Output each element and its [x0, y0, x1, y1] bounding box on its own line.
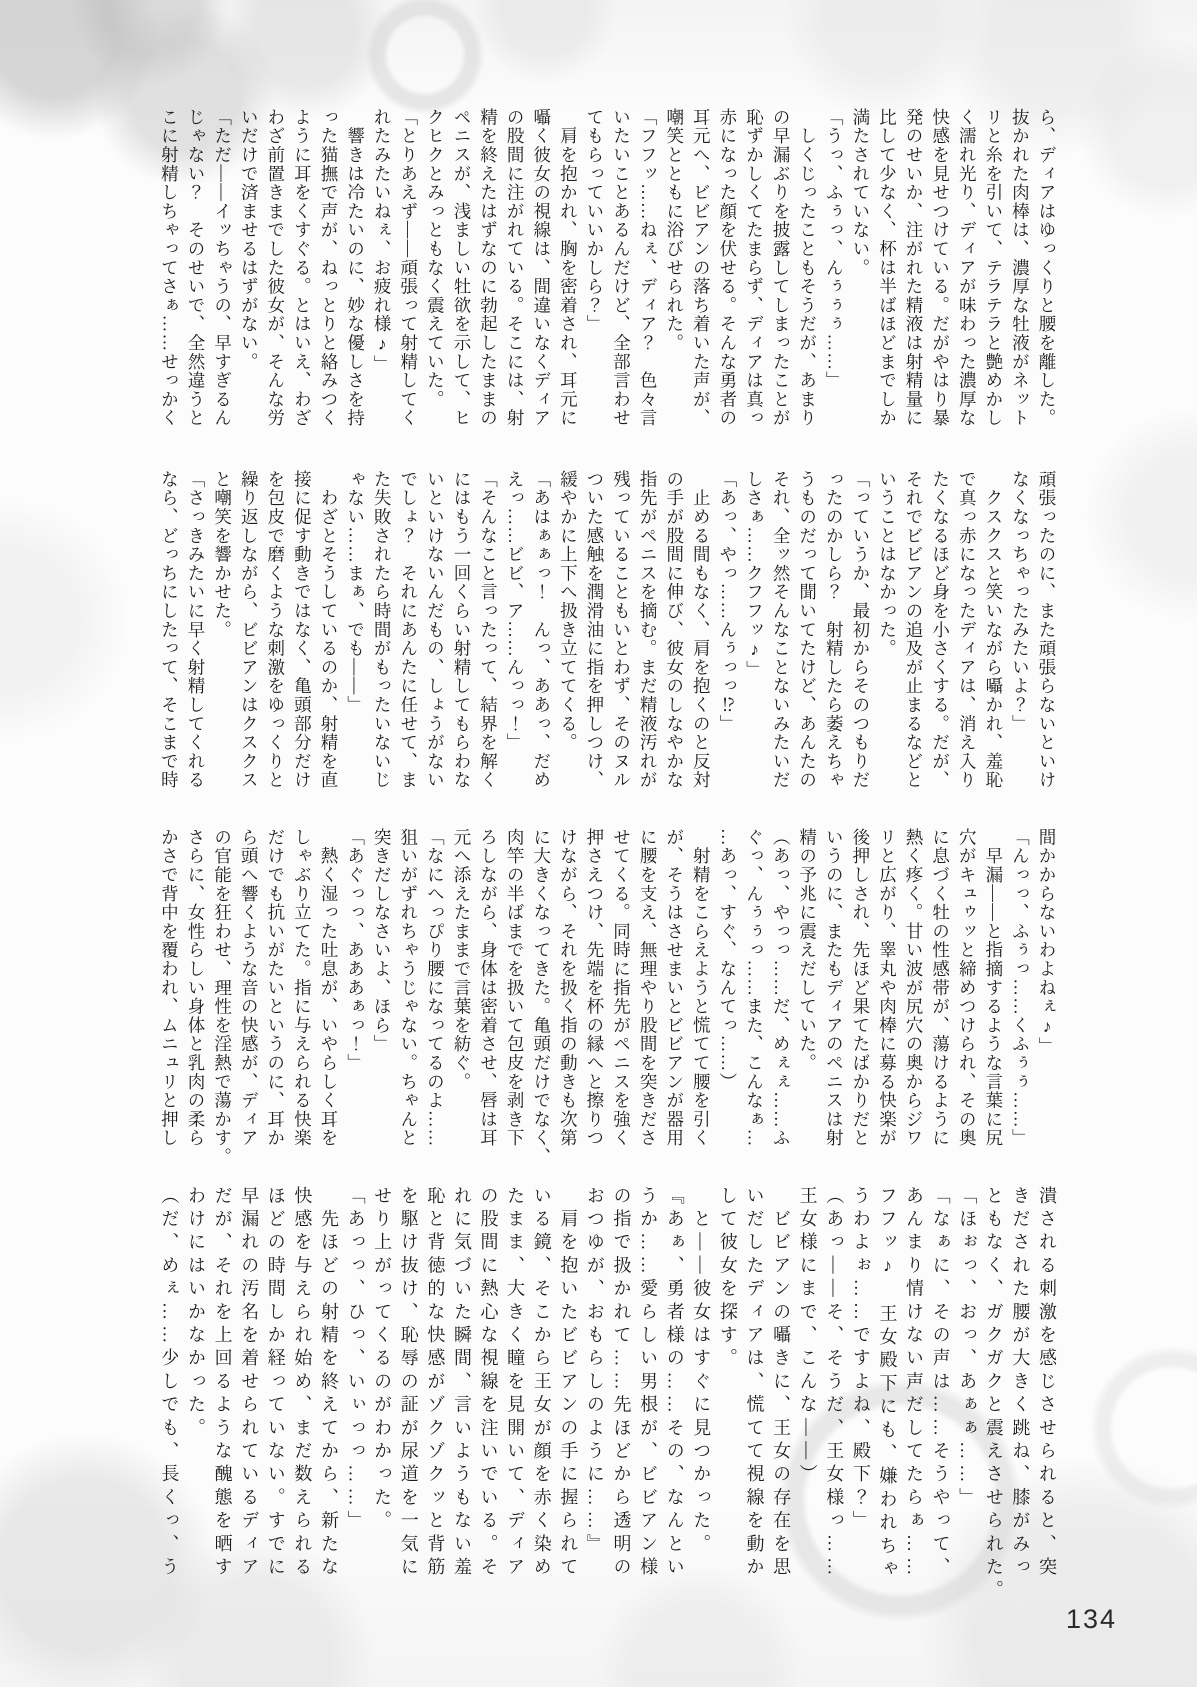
text-column: 突きだしなさいよ、ほら」 [369, 828, 396, 1190]
text-column: 「んっっ、ふぅっ……くふぅぅ……」 [1007, 828, 1034, 1190]
text-column: 熱く疼く。甘い波が尻穴の奥からジワ [900, 828, 927, 1190]
text-column: 恥ずかしくてたまらず、ディアは真っ [741, 108, 768, 470]
text-column: いたいことあるんだけど、全部言わせ [608, 108, 635, 470]
text-column: さらに、女性らしい身体と乳肉の柔ら [182, 828, 209, 1190]
text-column: れたみたいねぇ、お疲れ様♪」 [369, 108, 396, 470]
text-column: …あっ、すぐ、なんてっ……） [714, 828, 741, 1190]
text-column: 「っていうか、最初からそのつもりだ [847, 470, 874, 832]
text-column: 赤になった顔を伏せる。そんな勇者の [714, 108, 741, 470]
text-column: けながら、それを扱く指の動きも次第 [555, 828, 582, 1190]
text-column: 「ただ――イッちゃうの、早すぎるん [209, 108, 236, 470]
text-column: 快感を見せつけている。だがやはり暴 [927, 108, 954, 470]
text-column: それでビビアンの追及が止まるなどと [900, 470, 927, 832]
text-column: 押さえつけ、先端を杯の縁へと擦りつ [581, 828, 608, 1190]
text-column: あんまり情けない声だしてたらぁ…… [900, 1186, 927, 1622]
text-column: ビビアンの囁きに、王女の存在を思 [767, 1186, 794, 1622]
text-column: たくなるほど身を小さくする。だが、 [927, 470, 954, 832]
text-column: ともなく、ガクガクと震えさせられた。 [980, 1186, 1007, 1622]
text-column: いだけで済ませるはずがない。 [236, 108, 263, 470]
text-column: なくなっちゃったみたいよ？」 [1007, 470, 1034, 832]
text-column: しゃぶり立てた。指に与えられる快楽 [289, 828, 316, 1190]
text-column: の指で扱かれて……先ほどから透明の [608, 1186, 635, 1622]
text-column: いる鏡、そこから王女が顔を赤く染め [528, 1186, 555, 1622]
text-column: と――彼女はすぐに見つかった。 [688, 1186, 715, 1622]
text-column: えっ……ビビ、ア……んっっ！」 [502, 470, 529, 832]
text-column: いだしたディアは、慌てて視線を動か [741, 1186, 768, 1622]
text-column: じゃない？ そのせいで、全然違うと [182, 108, 209, 470]
text-column: せり上がってくるのがわかった。 [369, 1186, 396, 1622]
text-column: 満たされていない。 [847, 108, 874, 470]
text-column: （あっ――そ、そうだ、王女様っ…… [821, 1186, 848, 1622]
text-column: を包皮で磨くような刺激をゆっくりと [262, 470, 289, 832]
text-column: わざ前置きまでした彼女が、そんな労 [262, 108, 289, 470]
text-column: だが、それを上回るような醜態を晒す [209, 1186, 236, 1622]
text-column: 嘲笑とともに浴びせられた。 [661, 108, 688, 470]
text-column: きだされた腰が大きく跳ね、膝がみっ [1007, 1186, 1034, 1622]
text-column: うわよぉ……ですよね、殿下？」 [847, 1186, 874, 1622]
text-column: ぐっ、んぅぅっ……また、こんなぁ… [741, 828, 768, 1190]
text-column: 発のせいか、注がれた精液は射精量に [900, 108, 927, 470]
text-column: 囁く彼女の視線は、間違いなくディア [528, 108, 555, 470]
text-column: かさで背中を覆われ、ムニュリと押し [156, 828, 183, 1190]
text-column: 精を終えたはずなのに勃起したままの [475, 108, 502, 470]
text-column: 早漏――と指摘するような言葉に尻 [980, 828, 1007, 1190]
text-column: にはもう一回くらい射精してもらわな [448, 470, 475, 832]
text-column: こに射精しちゃってさぁ……せっかく [156, 108, 183, 470]
text-column: せてくる。同時に指先がペニスを強く [608, 828, 635, 1190]
text-column: 『あぁ、勇者様の……その、なんとい [661, 1186, 688, 1622]
text-column: 早漏れの汚名を着せられているディア [236, 1186, 263, 1622]
text-column: わざとそうしているのか、射精を直 [315, 470, 342, 832]
text-column: 耳元へ、ビビアンの落ち着いた声が、 [688, 108, 715, 470]
text-column: 肉竿の半ばまでを扱いて包皮を剥き下 [502, 828, 529, 1190]
text-column: クスクスと笑いながら囁かれ、羞恥 [980, 470, 1007, 832]
text-column: 抜かれた肉棒は、濃厚な牡液がネット [1007, 108, 1034, 470]
text-column: ら頭へ響くような音の快感が、ディア [236, 828, 263, 1190]
text-column: 指先がペニスを摘む。まだ精液汚れが [635, 470, 662, 832]
text-column: 肩を抱いたビビアンの手に握られて [555, 1186, 582, 1622]
text-column: った猫撫で声が、ねっとりと絡みつく [315, 108, 342, 470]
text-column: 「とりあえず――頑張って射精してく [395, 108, 422, 470]
text-block-3: 間かからないわよねぇ♪」「んっっ、ふぅっ……くふぅぅ……」 早漏――と指摘するよ… [156, 828, 1060, 1190]
text-column: 繰り返しながら、ビビアンはクスクス [236, 470, 263, 832]
text-column: 後押しされ、先ほど果てたばかりだと [847, 828, 874, 1190]
text-block-2: 頑張ったのに、また頑張らないといけなくなっちゃったみたいよ？」 クスクスと笑いな… [156, 470, 1060, 832]
text-column: それ、全ッ然そんなことないみたいだ [767, 470, 794, 832]
text-column: 「さっきみたいに早く射精してくれる [182, 470, 209, 832]
text-column: 「あっ、やっ……んぅっっ⁉」 [714, 470, 741, 832]
text-column: いうことはなかった。 [874, 470, 901, 832]
text-column: ペニスが、浅ましい牡欲を示して、ヒ [448, 108, 475, 470]
text-column: ろしながら、身体は密着させ、唇は耳 [475, 828, 502, 1190]
text-column: 先ほどの射精を終えてから、新たな [315, 1186, 342, 1622]
text-column: うか……愛らしい男根が、ビビアン様 [635, 1186, 662, 1622]
text-column: 「ほぉっ、おっ、あぁぁ……」 [954, 1186, 981, 1622]
text-column: に腰を支え、無理やり股間を突きださ [635, 828, 662, 1190]
text-column: た失敗されたら時間がもったいないじ [369, 470, 396, 832]
text-column: なら、どっちにしたって、そこまで時 [156, 470, 183, 832]
text-column: 「フフッ……ねぇ、ディア？ 色々言 [635, 108, 662, 470]
text-column: の股間に熱心な視線を注いでいる。そ [475, 1186, 502, 1622]
text-column: を駆け抜け、恥辱の証が尿道を一気に [395, 1186, 422, 1622]
text-column: 王女様にまで、こんな――） [794, 1186, 821, 1622]
text-column: 頑張ったのに、また頑張らないといけ [1033, 470, 1060, 832]
text-column: リと糸を引いて、テラテラと艶めかし [980, 108, 1007, 470]
text-column: 熱く湿った吐息が、いやらしく耳を [315, 828, 342, 1190]
text-column: 「なぁに、その声は……そうやって、 [927, 1186, 954, 1622]
book-page: ら、ディアはゆっくりと腰を離した。抜かれた肉棒は、濃厚な牡液がネットリと糸を引い… [0, 0, 1197, 1687]
text-column: 響きは冷たいのに、妙な優しさを持 [342, 108, 369, 470]
text-column: 「あはぁぁっ！ んっ、ああっ、だめ [528, 470, 555, 832]
text-column: 「なにへっぴり腰になってるのよ…… [422, 828, 449, 1190]
text-column: （あっ、やっっ……だ、めぇぇ……ふ [767, 828, 794, 1190]
text-column: と嘲笑を響かせた。 [209, 470, 236, 832]
text-column: の早漏ぶりを披露してしまったことが [767, 108, 794, 470]
text-column: たまま、大きく瞳を見開いて、ディア [502, 1186, 529, 1622]
text-column: 穴がキュゥッと締めつけられ、その奥 [954, 828, 981, 1190]
text-column: てもらっていいかしら？」 [581, 108, 608, 470]
text-column: 肩を抱かれ、胸を密着され、耳元に [555, 108, 582, 470]
page-number: 134 [1066, 1604, 1117, 1635]
text-column: ったのかしら？ 射精したら萎えちゃ [821, 470, 848, 832]
text-column: 「あぐっっ、あああぁっ！」 [342, 828, 369, 1190]
text-column: でしょ？ それにあんたに任せて、ま [395, 470, 422, 832]
text-column: 射精をこらえようと慌てて腰を引く [688, 828, 715, 1190]
text-column: 「あっっ、ひっ、いぃっっ……」 [342, 1186, 369, 1622]
text-column: だけでも抗いがたいというのに、耳か [262, 828, 289, 1190]
text-column: クヒクとみっともなく震えていた。 [422, 108, 449, 470]
text-column: いうのに、またもディアのペニスは射 [821, 828, 848, 1190]
text-column: 狙いがずれちゃうじゃない。ちゃんと [395, 828, 422, 1190]
text-column: れに気づいた瞬間、言いようもない羞 [448, 1186, 475, 1622]
text-column: ついた感触を潤滑油に指を押しつけ、 [581, 470, 608, 832]
text-column: 「うっ、ふぅっ、んぅぅぅ……」 [821, 108, 848, 470]
text-column: 残っていることもいとわず、そのヌル [608, 470, 635, 832]
text-column: ら、ディアはゆっくりと腰を離した。 [1033, 108, 1060, 470]
text-column: 緩やかに上下へ扱き立ててくる。 [555, 470, 582, 832]
text-column: わけにはいかなかった。 [182, 1186, 209, 1622]
text-column: ほどの時間しか経っていない。すでに [262, 1186, 289, 1622]
text-column: しさぁ……クフフッ♪」 [741, 470, 768, 832]
text-block-1: ら、ディアはゆっくりと腰を離した。抜かれた肉棒は、濃厚な牡液がネットリと糸を引い… [156, 108, 1060, 470]
text-column: ように耳をくすぐる。とはいえ、わざ [289, 108, 316, 470]
text-column: の手が股間に伸び、彼女のしなやかな [661, 470, 688, 832]
text-column: 精の予兆に震えだしていた。 [794, 828, 821, 1190]
text-column: 恥と背徳的な快感がゾクゾクッと背筋 [422, 1186, 449, 1622]
text-column: 間かからないわよねぇ♪」 [1033, 828, 1060, 1190]
text-column: （だ、めぇ……少しでも、長くっ、う [156, 1186, 183, 1622]
text-column: 接に促す動きではなく、亀頭部分だけ [289, 470, 316, 832]
text-column: うものだって聞いてたけど、あんたの [794, 470, 821, 832]
text-column: く濡れ光り、ディアが味わった濃厚な [954, 108, 981, 470]
text-column: いといけないんだもの、しょうがない [422, 470, 449, 832]
text-column: 快感を与えられ始め、まだ数えられる [289, 1186, 316, 1622]
text-column: 元へ添えたままで言葉を紡ぐ。 [448, 828, 475, 1190]
text-column: おつゆが、おもらしのように……』 [581, 1186, 608, 1622]
text-column: 潰される刺激を感じさせられると、突 [1033, 1186, 1060, 1622]
text-column: ゃない……まぁ、でも――」 [342, 470, 369, 832]
text-column: 比して少なく、杯は半ばほどまでしか [874, 108, 901, 470]
text-column: リと広がり、睾丸や肉棒に募る快楽が [874, 828, 901, 1190]
text-column: に大きくなってきた。亀頭だけでなく、 [528, 828, 555, 1190]
text-column: フフッ♪ 王女殿下にも、嫌われちゃ [874, 1186, 901, 1622]
text-column: して彼女を探す。 [714, 1186, 741, 1622]
text-column: に息づく牡の性感帯が、蕩けるように [927, 828, 954, 1190]
text-column: の官能を狂わせ、理性を淫熱で蕩かす。 [209, 828, 236, 1190]
text-column: しくじったこともそうだが、あまり [794, 108, 821, 470]
text-column: で真っ赤になったディアは、消え入り [954, 470, 981, 832]
text-column: が、そうはさせまいとビビアンが器用 [661, 828, 688, 1190]
text-column: 「そんなこと言ったって、結界を解く [475, 470, 502, 832]
text-block-4: 潰される刺激を感じさせられると、突きだされた腰が大きく跳ね、膝がみっともなく、ガ… [156, 1186, 1060, 1622]
text-column: の股間に注がれている。そこには、射 [502, 108, 529, 470]
text-column: 止める間もなく、肩を抱くのと反対 [688, 470, 715, 832]
